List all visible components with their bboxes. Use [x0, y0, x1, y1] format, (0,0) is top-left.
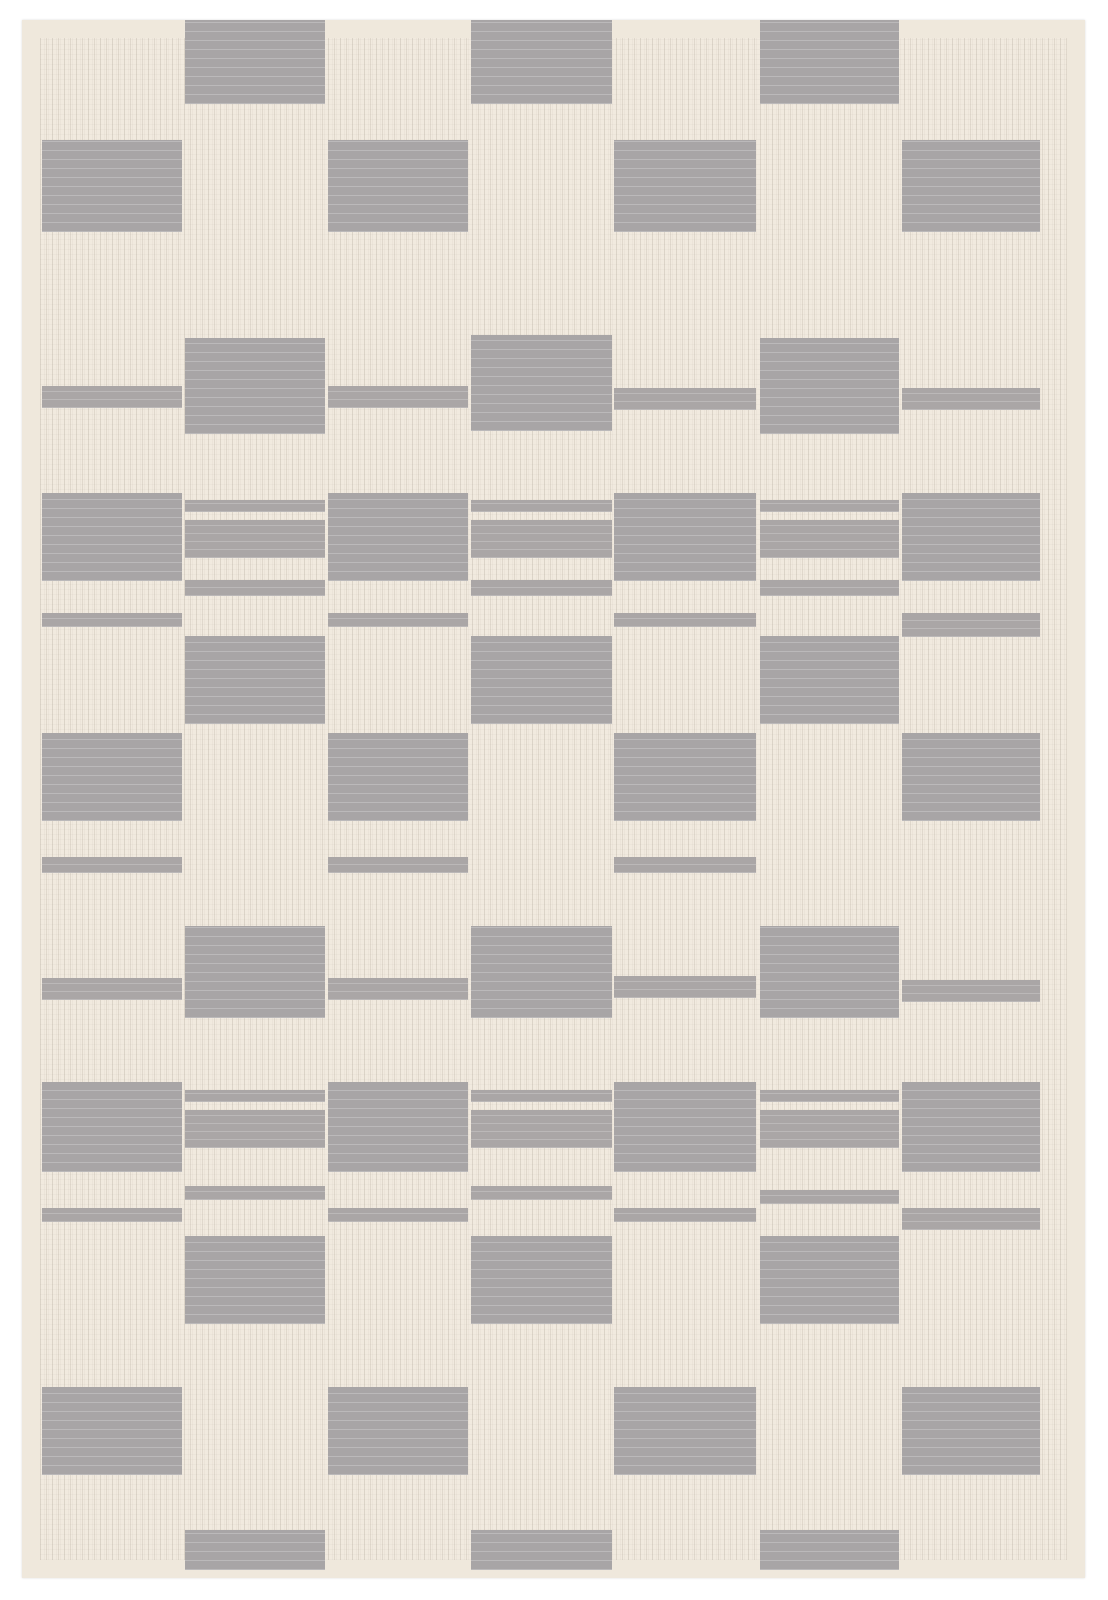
grey-stripe: [185, 580, 325, 596]
grey-stripe: [328, 857, 468, 873]
grey-block: [471, 926, 612, 1018]
grey-stripe: [471, 520, 612, 558]
grey-block: [760, 1236, 899, 1324]
grey-block: [471, 335, 612, 431]
grey-stripe: [328, 1208, 468, 1222]
grey-block: [328, 140, 468, 232]
grey-block: [185, 636, 325, 724]
grey-block: [614, 1082, 756, 1172]
grey-block: [471, 1236, 612, 1324]
grey-stripe: [42, 613, 182, 627]
grey-stripe: [42, 386, 182, 408]
grey-stripe: [328, 386, 468, 408]
grey-stripe: [185, 520, 325, 558]
grey-block: [185, 1236, 325, 1324]
grey-block: [614, 1387, 756, 1475]
grey-block: [328, 493, 468, 581]
grey-stripe: [760, 1190, 899, 1204]
grey-stripe: [185, 1090, 325, 1102]
grey-block: [42, 1387, 182, 1475]
grey-block: [328, 733, 468, 821]
grey-stripe: [42, 1208, 182, 1222]
grey-stripe: [902, 980, 1040, 1002]
grey-block: [42, 1082, 182, 1172]
grey-block: [614, 140, 756, 232]
grey-stripe: [328, 978, 468, 1000]
grey-stripe: [471, 1186, 612, 1200]
grey-block: [614, 493, 756, 581]
grey-block: [185, 1530, 325, 1570]
grey-block: [328, 1082, 468, 1172]
grey-stripe: [614, 613, 756, 627]
grey-stripe: [614, 1208, 756, 1222]
grey-block: [471, 20, 612, 104]
grey-block: [760, 20, 899, 104]
grey-block: [328, 1387, 468, 1475]
grey-block: [760, 636, 899, 724]
grey-stripe: [760, 580, 899, 596]
grey-block: [760, 338, 899, 434]
grey-stripe: [185, 1186, 325, 1200]
grey-stripe: [471, 500, 612, 512]
grey-stripe: [614, 857, 756, 873]
grey-block: [902, 733, 1040, 821]
grey-block: [185, 20, 325, 104]
grey-block: [902, 1082, 1040, 1172]
grey-block: [902, 1387, 1040, 1475]
grey-block: [471, 636, 612, 724]
grey-stripe: [471, 580, 612, 596]
grey-stripe: [760, 1090, 899, 1102]
grey-block: [902, 140, 1040, 232]
grey-block: [902, 493, 1040, 581]
grey-block: [42, 493, 182, 581]
grey-stripe: [471, 1090, 612, 1102]
grey-stripe: [760, 500, 899, 512]
grey-stripe: [614, 388, 756, 410]
grey-block: [185, 338, 325, 434]
grey-stripe: [185, 500, 325, 512]
grey-stripe: [328, 613, 468, 627]
grey-stripe: [185, 1110, 325, 1148]
grey-block: [760, 926, 899, 1018]
grey-stripe: [760, 1110, 899, 1148]
grey-block: [42, 733, 182, 821]
grey-stripe: [42, 978, 182, 1000]
grey-block: [614, 733, 756, 821]
grey-stripe: [614, 976, 756, 998]
grey-stripe: [902, 1208, 1040, 1230]
grey-stripe: [471, 1110, 612, 1148]
grey-block: [760, 1530, 899, 1570]
grey-block: [42, 140, 182, 232]
grey-block: [471, 1530, 612, 1570]
grey-stripe: [902, 388, 1040, 410]
grey-stripe: [760, 520, 899, 558]
grey-stripe: [902, 613, 1040, 637]
grey-block: [185, 926, 325, 1018]
grey-stripe: [42, 857, 182, 873]
